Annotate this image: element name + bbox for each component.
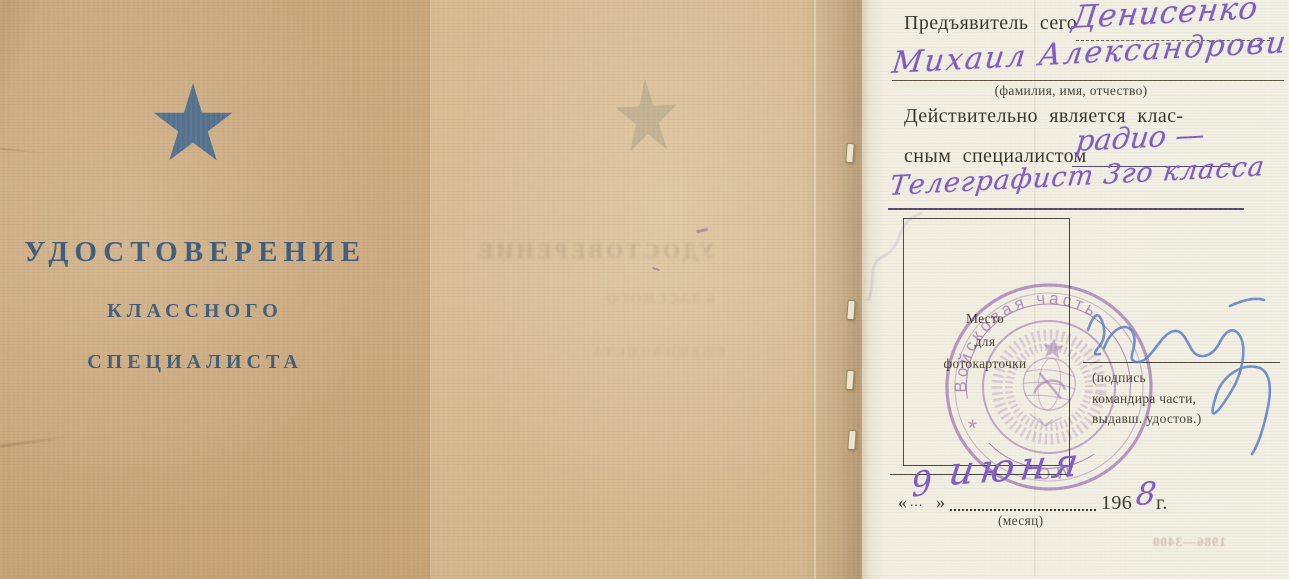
bleed-through-subtitle2: СПЕЦИАЛИСТА — [595, 345, 725, 361]
front-cover: УДОСТОВЕРЕНИЕ КЛАССНОГО СПЕЦИАЛИСТА — [0, 0, 430, 579]
spine-staple — [845, 370, 854, 391]
certificate-scan: УДОСТОВЕРЕНИЕ КЛАССНОГО СПЕЦИАЛИСТА УДОС… — [0, 0, 1289, 579]
date-quote-open: « — [898, 492, 907, 513]
bleed-through-subtitle: КЛАССНОГО — [605, 292, 715, 308]
bleed-through-mark — [862, 205, 932, 315]
bleed-through-print-code: 1986—3400 — [1124, 534, 1254, 550]
cover-title-line3: СПЕЦИАЛИСТА — [20, 351, 370, 374]
ink-speck — [652, 267, 660, 271]
year-suffix: г. — [1156, 492, 1168, 515]
year-prefix: 196 — [1101, 492, 1132, 515]
inside-cover: УДОСТОВЕРЕНИЕ КЛАССНОГО СПЕЦИАЛИСТА — [430, 0, 862, 579]
month-caption: (месяц) — [998, 513, 1043, 529]
cover-crease — [0, 435, 70, 448]
commander-signature — [1074, 278, 1286, 463]
cover-crease — [0, 148, 45, 155]
cover-title-line2: КЛАССНОГО — [20, 300, 370, 323]
specialty-rule-2 — [888, 208, 1244, 210]
spine-staple — [845, 143, 854, 164]
name-rule — [892, 80, 1284, 81]
spine-staple — [847, 430, 856, 451]
red-army-star-icon — [152, 83, 234, 168]
cover-title-line1: УДОСТОВЕРЕНИЕ — [20, 236, 370, 269]
stamp-star-separator: * — [966, 415, 978, 443]
specialty-handwritten-1: радио — — [1074, 117, 1207, 158]
fold-crease — [814, 0, 816, 579]
month-dotted-line — [950, 509, 1096, 511]
bleed-through-star-icon — [613, 76, 681, 159]
certificate-page: Предъявитель сего Денисенко Михаил Алекс… — [862, 0, 1289, 579]
spine-staple — [846, 300, 855, 321]
bearer-label: Предъявитель сего — [904, 12, 1077, 35]
bleed-through-title: УДОСТОВЕРЕНИЕ — [485, 238, 715, 264]
year-digit-handwritten: 8 — [1134, 476, 1158, 513]
name-caption: (фамилия, имя, отчество) — [960, 83, 1182, 99]
day-handwritten: 9 — [911, 462, 933, 505]
ink-speck — [696, 228, 708, 233]
date-quote-close: » — [936, 492, 945, 513]
